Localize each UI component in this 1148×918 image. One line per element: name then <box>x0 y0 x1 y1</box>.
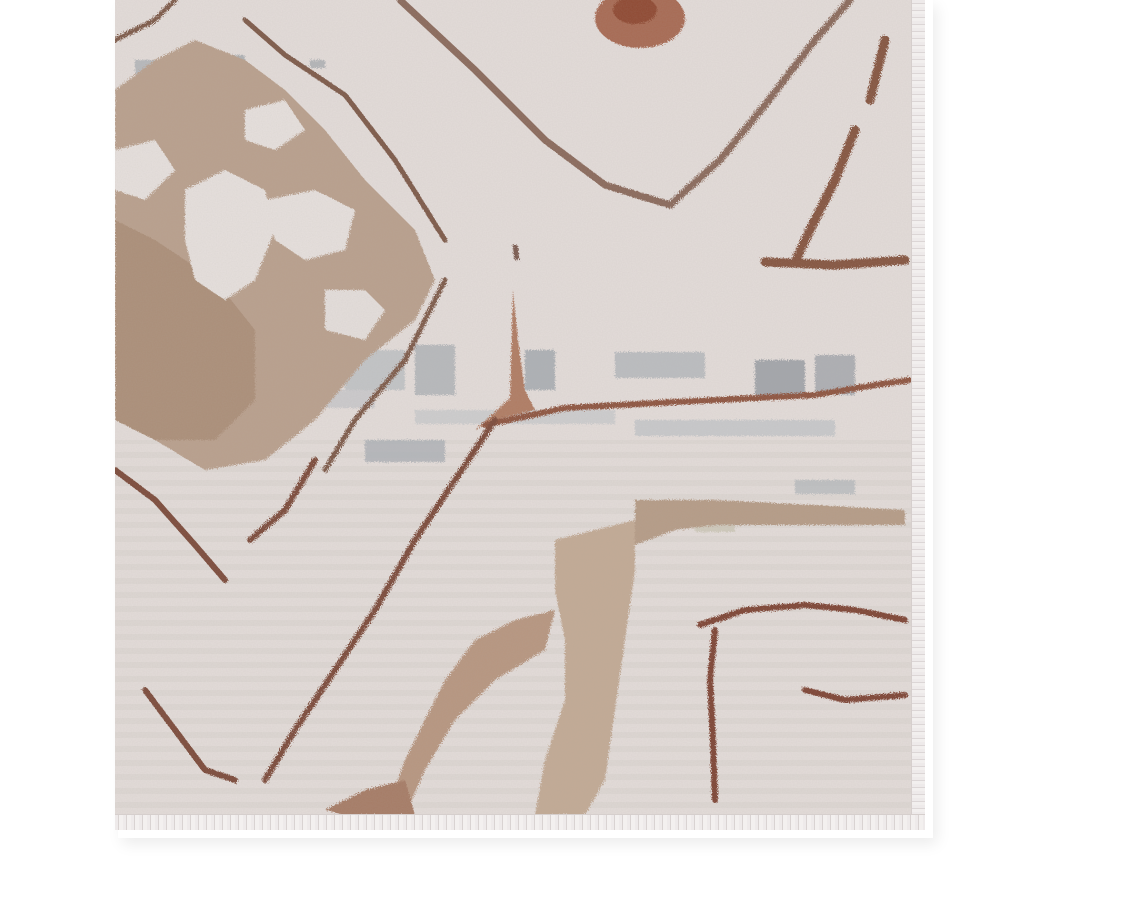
rug-corner <box>115 0 925 830</box>
texture-grain <box>115 0 925 830</box>
rug-binding-bottom <box>115 814 925 830</box>
rug-binding-right <box>911 0 925 830</box>
product-photo <box>0 0 1148 918</box>
rug-pattern <box>115 0 925 830</box>
